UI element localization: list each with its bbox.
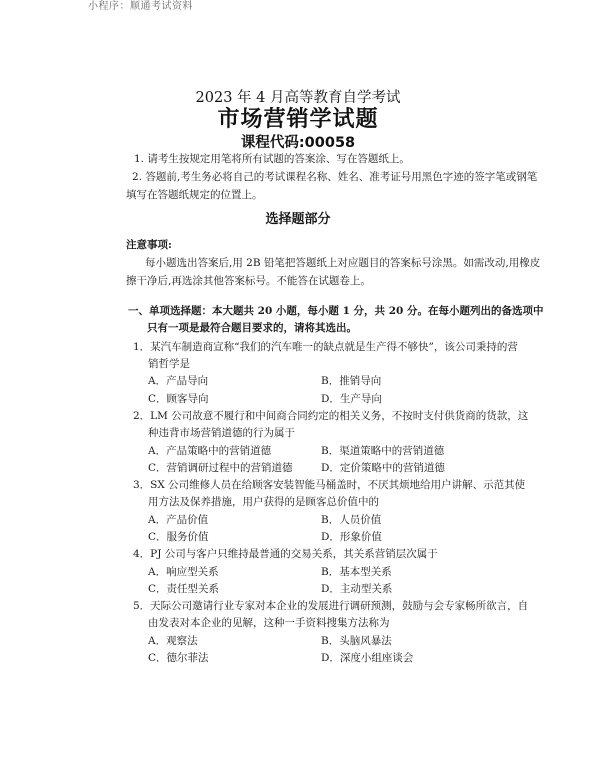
question-4-option-c: C．责任型关系	[148, 581, 219, 598]
question-5-option-a: A．观察法	[148, 633, 198, 650]
question-5-option-d: D．深度小组座谈会	[321, 650, 413, 667]
question-2-option-c: C．营销调研过程中的营销道德	[148, 460, 293, 477]
instruction-2-line2: 填写在答题纸规定的位置上。	[126, 187, 263, 204]
watermark: 小程序：顺通考试资料	[88, 0, 193, 12]
question-1-line1: 1．某汽车制造商宣称“我们的汽车唯一的缺点就是生产得不够快”，该公司秉持的营	[133, 339, 518, 356]
question-2-option-a: A．产品策略中的营销道德	[148, 443, 271, 460]
question-4-line1: 4．PJ 公司与客户只维持最普通的交易关系，其关系营销层次属于	[133, 546, 438, 563]
question-2-option-d: D．定价策略中的营销道德	[321, 460, 445, 477]
question-3-option-d: D．形象价值	[321, 529, 382, 546]
part-heading-line2: 只有一项是最符合题目要求的，请将其选出。	[147, 320, 357, 337]
course-code: 课程代码:00058	[0, 131, 596, 152]
question-1-option-a: A．产品导向	[148, 373, 208, 390]
question-3-line2: 用方法及保养措施，用户获得的是顾客总价值中的	[148, 494, 379, 511]
question-3-option-a: A．产品价值	[148, 512, 208, 529]
question-4-option-d: D．主动型关系	[321, 581, 392, 598]
question-1-option-c: C．顾客导向	[148, 391, 209, 408]
attention-label: 注意事项:	[126, 237, 172, 254]
question-5-option-b: B．头脑风暴法	[321, 633, 392, 650]
instruction-1: 1. 请考生按规定用笔将所有试题的答案涂、写在答题纸上。	[134, 151, 410, 168]
question-1-option-b: B．推销导向	[321, 373, 381, 390]
question-2-option-b: B．渠道策略中的营销道德	[321, 443, 444, 460]
attention-line1: 每小题选出答案后,用 2B 铅笔把答题纸上对应题目的答案标号涂黑。如需改动,用橡…	[145, 255, 540, 272]
page-title: 市场营销学试题	[0, 102, 596, 133]
question-4-option-b: B．基本型关系	[321, 564, 392, 581]
part-heading-line1: 一、单项选择题：本大题共 20 小题，每小题 1 分，共 20 分。在每小题列出…	[128, 303, 543, 320]
question-4-option-a: A．响应型关系	[148, 564, 219, 581]
question-5-option-c: C．德尔菲法	[148, 650, 209, 667]
question-5-line2: 由发表对本企业的见解，这种一手资料搜集方法称为	[148, 615, 390, 632]
question-3-line1: 3．SX 公司维修人员在给顾客安装智能马桶盖时，不厌其烦地给用户讲解、示范其使	[133, 477, 525, 494]
question-2-line1: 2．LM 公司故意不履行和中间商合同约定的相关义务，不按时支付供货商的货款，这	[133, 408, 528, 425]
instruction-2-line1: 2. 答题前,考生务必将自己的考试课程名称、姓名、准考证号用黑色字迹的签字笔或钢…	[132, 169, 537, 186]
question-2-line2: 种违背市场营销道德的行为属于	[148, 425, 295, 442]
question-1-line2: 销哲学是	[148, 356, 190, 373]
question-5-line1: 5．天际公司邀请行业专家对本企业的发展进行调研预测，鼓励与会专家畅所欲言，自	[133, 598, 528, 615]
question-1-option-d: D．生产导向	[321, 391, 382, 408]
section-title: 选择题部分	[0, 208, 596, 227]
attention-line2: 擦干净后,再选涂其他答案标号。不能答在试题卷上。	[126, 273, 371, 290]
question-3-option-c: C．服务价值	[148, 529, 209, 546]
question-3-option-b: B．人员价值	[321, 512, 381, 529]
